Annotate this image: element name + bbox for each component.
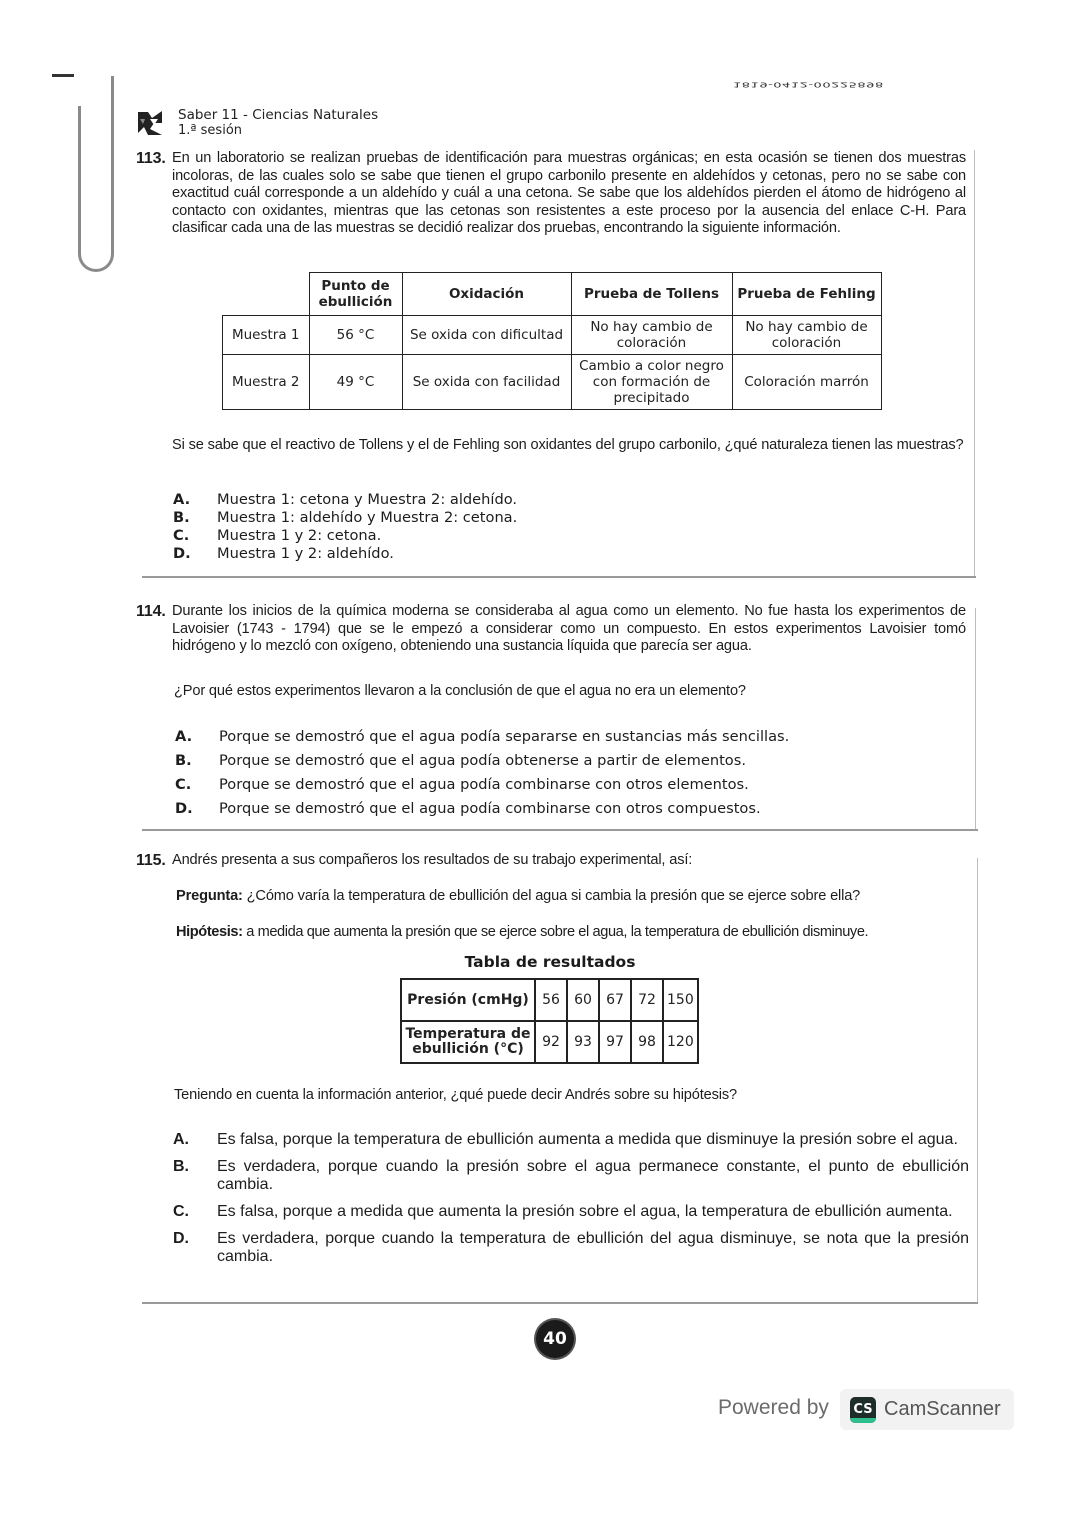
option-a[interactable]: A.Porque se demostró que el agua podía s… — [175, 725, 965, 749]
option-a[interactable]: A.Muestra 1: cetona y Muestra 2: aldehíd… — [173, 491, 963, 509]
option-c[interactable]: C.Porque se demostró que el agua podía c… — [175, 773, 965, 797]
table-cell: Se oxida con facilidad — [402, 355, 571, 410]
question-text: Durante los inicios de la química modern… — [172, 603, 966, 656]
table-header: Prueba de Fehling — [732, 273, 881, 316]
table-header: Prueba de Tollens — [571, 273, 732, 316]
camscanner-badge[interactable]: CS CamScanner — [840, 1389, 1014, 1430]
section-border — [977, 858, 978, 1304]
option-b[interactable]: B.Muestra 1: aldehído y Muestra 2: ceton… — [173, 509, 963, 527]
option-b[interactable]: B.Porque se demostró que el agua podía o… — [175, 749, 965, 773]
option-d[interactable]: D.Muestra 1 y 2: aldehído. — [173, 545, 963, 563]
pregunta-line: Pregunta: ¿Cómo varía la temperatura de … — [176, 888, 976, 906]
question-number: 113. — [136, 150, 172, 238]
table-cell: No hay cambio de coloración — [571, 316, 732, 355]
results-table: Presión (cmHg) 56 60 67 72 150 Temperatu… — [400, 978, 699, 1064]
table-row: Muestra 2 49 °C Se oxida con facilidad C… — [223, 355, 882, 410]
table-header-blank — [223, 273, 310, 316]
table-cell: 93 — [567, 1021, 599, 1063]
table-row: Muestra 1 56 °C Se oxida con dificultad … — [223, 316, 882, 355]
table-cell: 56 — [535, 979, 567, 1021]
camscanner-logo-icon: CS — [850, 1397, 876, 1423]
table-row: Presión (cmHg) 56 60 67 72 150 — [401, 979, 698, 1021]
question-115-options: A.Es falsa, porque la temperatura de ebu… — [173, 1131, 969, 1266]
table-cell: 72 — [631, 979, 663, 1021]
row-label-temperature: Temperatura de ebullición (°C) — [401, 1021, 535, 1063]
section-divider — [142, 829, 978, 831]
document-id: 1819-0412-00225898 — [733, 80, 884, 88]
samples-table: Punto de ebullición Oxidación Prueba de … — [222, 272, 882, 410]
table-cell: 67 — [599, 979, 631, 1021]
pregunta-label: Pregunta: — [176, 888, 243, 904]
row-label-pressure: Presión (cmHg) — [401, 979, 535, 1021]
table-cell: 150 — [663, 979, 698, 1021]
question-115-prompt: Teniendo en cuenta la información anteri… — [174, 1087, 964, 1105]
section-border — [974, 150, 975, 578]
table-cell: 97 — [599, 1021, 631, 1063]
powered-by-label: Powered by — [718, 1396, 829, 1420]
paperclip-gap — [76, 70, 84, 106]
table-cell: 98 — [631, 1021, 663, 1063]
option-d[interactable]: D.Porque se demostró que el agua podía c… — [175, 797, 965, 821]
table-cell: Cambio a color negro con formación de pr… — [571, 355, 732, 410]
paperclip-mark — [52, 74, 74, 77]
question-115-stem: 115. Andrés presenta a sus compañeros lo… — [136, 852, 966, 870]
table-header: Oxidación — [402, 273, 571, 316]
question-113-options: A.Muestra 1: cetona y Muestra 2: aldehíd… — [173, 491, 963, 563]
hipotesis-label: Hipótesis: — [176, 924, 243, 940]
table-cell: No hay cambio de coloración — [732, 316, 881, 355]
table-header: Punto de ebullición — [309, 273, 402, 316]
saber-logo-icon — [136, 109, 164, 137]
page-number-badge: 40 — [536, 1320, 574, 1358]
option-c[interactable]: C.Es falsa, porque a medida que aumenta … — [173, 1203, 969, 1221]
question-text: En un laboratorio se realizan pruebas de… — [172, 150, 966, 238]
question-113-prompt: Si se sabe que el reactivo de Tollens y … — [172, 437, 966, 455]
table-cell: 92 — [535, 1021, 567, 1063]
table-cell: 56 °C — [309, 316, 402, 355]
question-114-stem: 114. Durante los inicios de la química m… — [136, 603, 966, 656]
question-number: 114. — [136, 603, 172, 656]
header-title: Saber 11 - Ciencias Naturales — [178, 107, 378, 123]
hipotesis-text: a medida que aumenta la presión que se e… — [246, 924, 868, 940]
table-cell: Muestra 2 — [223, 355, 310, 410]
section-border — [975, 608, 976, 830]
question-number: 115. — [136, 852, 172, 870]
option-b[interactable]: B.Es verdadera, porque cuando la presión… — [173, 1158, 969, 1194]
hipotesis-line: Hipótesis: a medida que aumenta la presi… — [176, 924, 976, 942]
table-cell: 60 — [567, 979, 599, 1021]
pregunta-text: ¿Cómo varía la temperatura de ebullición… — [247, 888, 860, 904]
results-table-title: Tabla de resultados — [400, 953, 700, 971]
table-cell: 120 — [663, 1021, 698, 1063]
table-cell: Se oxida con dificultad — [402, 316, 571, 355]
header-session: 1.ª sesión — [178, 123, 242, 138]
question-114-prompt: ¿Por qué estos experimentos llevaron a l… — [174, 683, 964, 701]
option-d[interactable]: D.Es verdadera, porque cuando la tempera… — [173, 1230, 969, 1266]
table-cell: 49 °C — [309, 355, 402, 410]
table-cell: Muestra 1 — [223, 316, 310, 355]
question-114-options: A.Porque se demostró que el agua podía s… — [175, 725, 965, 821]
question-text: Andrés presenta a sus compañeros los res… — [172, 852, 966, 870]
option-a[interactable]: A.Es falsa, porque la temperatura de ebu… — [173, 1131, 969, 1149]
section-divider — [142, 576, 976, 578]
question-113-stem: 113. En un laboratorio se realizan prueb… — [136, 150, 966, 238]
table-cell: Coloración marrón — [732, 355, 881, 410]
table-row: Temperatura de ebullición (°C) 92 93 97 … — [401, 1021, 698, 1063]
option-c[interactable]: C.Muestra 1 y 2: cetona. — [173, 527, 963, 545]
camscanner-name: CamScanner — [884, 1398, 1001, 1421]
section-divider — [142, 1302, 978, 1304]
